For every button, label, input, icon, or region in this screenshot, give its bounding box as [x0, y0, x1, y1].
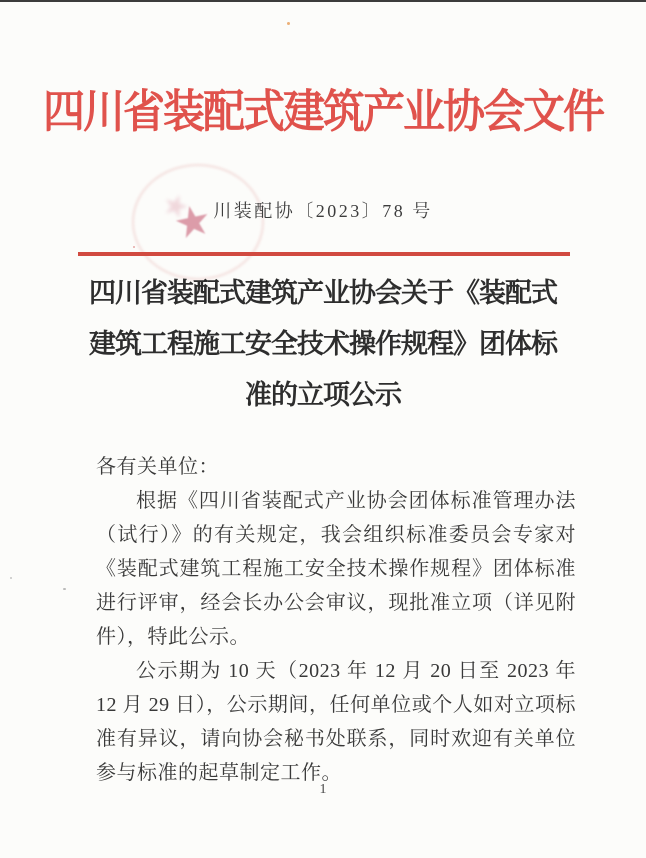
org-masthead-title: 四川省装配式建筑产业协会文件 — [0, 76, 646, 141]
document-title-line-1: 四川省装配式建筑产业协会关于《装配式 — [0, 268, 646, 319]
body-paragraph-1: 根据《四川省装配式产业协会团体标准管理办法（试行）》的有关规定，我会组织标准委员… — [96, 484, 576, 654]
red-divider-rule — [78, 252, 570, 256]
body-paragraph-2: 公示期为 10 天（2023 年 12 月 20 日至 2023 年 12 月 … — [96, 654, 576, 790]
document-title-line-2: 建筑工程施工安全技术操作规程》团体标 — [0, 319, 646, 370]
document-body: 各有关单位： 根据《四川省装配式产业协会团体标准管理办法（试行）》的有关规定，我… — [96, 450, 576, 790]
document-page: 四川省装配式建筑产业协会文件 ★ ★ 川装配协〔2023〕78 号 四川省装配式… — [0, 0, 646, 858]
scan-edge-artifact — [0, 0, 646, 2]
document-title-line-3: 准的立项公示 — [0, 370, 646, 421]
document-number: 川装配协〔2023〕78 号 — [0, 197, 646, 223]
scan-speck — [133, 246, 135, 248]
scan-speck — [63, 588, 66, 590]
document-title: 四川省装配式建筑产业协会关于《装配式 建筑工程施工安全技术操作规程》团体标 准的… — [0, 268, 646, 421]
page-number: 1 — [0, 782, 646, 798]
scan-speck — [10, 577, 12, 579]
scan-speck — [287, 22, 290, 25]
salutation: 各有关单位： — [96, 450, 576, 484]
